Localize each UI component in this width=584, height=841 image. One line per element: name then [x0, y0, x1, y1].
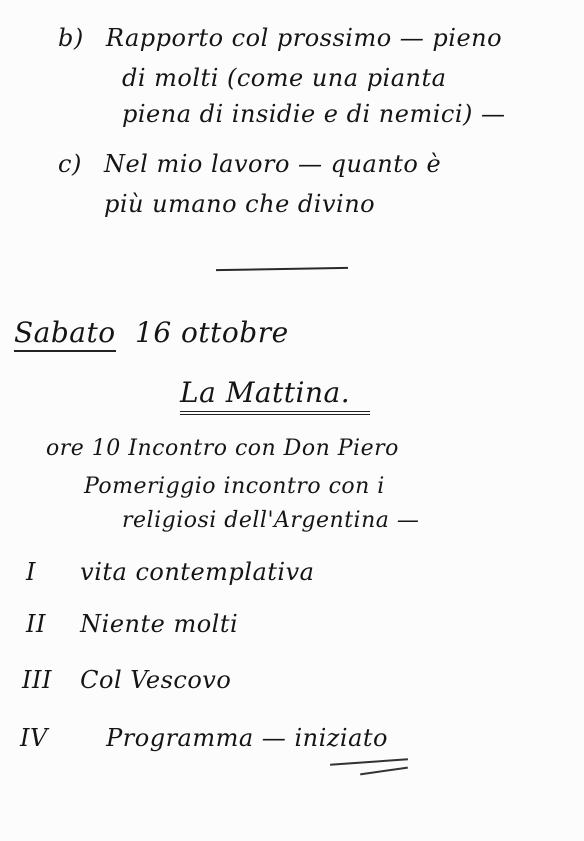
underline-stroke-2	[360, 767, 408, 776]
date-heading: Sabato 16 ottobre	[14, 316, 289, 349]
point-1: I vita contemplativa	[26, 558, 314, 586]
item-b-text-1: Rapporto col prossimo — pieno	[106, 24, 502, 52]
item-b-line-3: piena di insidie e di nemici) —	[122, 100, 506, 128]
point-4: IV Programma — iniziato	[20, 724, 388, 752]
point-1-text: vita contemplativa	[80, 558, 314, 586]
point-1-numeral: I	[26, 558, 72, 586]
subheading-text: La Mattina.	[180, 376, 370, 415]
item-c-line-2: più umano che divino	[104, 190, 375, 218]
point-2-text: Niente molti	[80, 610, 238, 638]
point-4-numeral: IV	[20, 724, 98, 752]
item-c-text-1: Nel mio lavoro — quanto è	[104, 150, 441, 178]
schedule-line-3: religiosi dell'Argentina —	[122, 508, 419, 533]
section-divider	[216, 267, 348, 271]
schedule-line-1: ore 10 Incontro con Don Piero	[46, 436, 399, 461]
point-2: II Niente molti	[26, 610, 238, 638]
item-b-line-1: b) Rapporto col prossimo — pieno	[58, 24, 502, 52]
date-label: 16 ottobre	[135, 316, 289, 349]
point-3-numeral: III	[22, 666, 72, 694]
point-2-numeral: II	[26, 610, 72, 638]
schedule-line-2: Pomeriggio incontro con i	[84, 474, 385, 499]
item-c-marker: c)	[58, 150, 82, 178]
handwritten-page: b) Rapporto col prossimo — pieno di molt…	[0, 0, 584, 841]
point-3-text: Col Vescovo	[80, 666, 231, 694]
item-b-marker: b)	[58, 24, 84, 52]
point-3: III Col Vescovo	[22, 666, 231, 694]
subheading: La Mattina.	[180, 376, 370, 409]
point-4-text: Programma — iniziato	[106, 724, 388, 752]
day-label: Sabato	[14, 316, 116, 352]
underline-stroke-1	[330, 758, 408, 765]
item-b-line-2: di molti (come una pianta	[122, 64, 446, 92]
item-c-line-1: c) Nel mio lavoro — quanto è	[58, 150, 441, 178]
